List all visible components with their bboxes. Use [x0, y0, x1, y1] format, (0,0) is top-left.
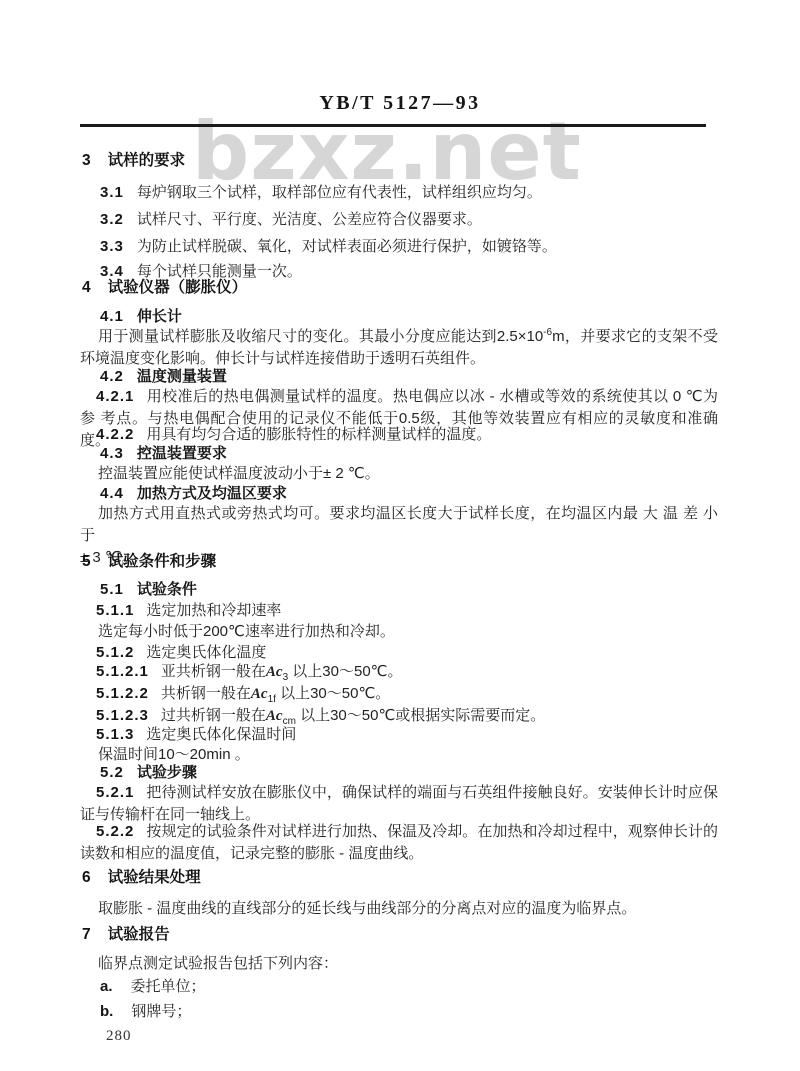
- clause-5-1-heading: 5.1试验条件: [80, 579, 718, 601]
- section-number: 7: [82, 926, 92, 943]
- section-number: 5: [82, 553, 92, 570]
- clause-4-3-heading: 4.3控温装置要求: [80, 443, 718, 465]
- clause-number: 3.3: [100, 238, 124, 255]
- report-item-b: b.钢牌号；: [80, 1001, 718, 1023]
- paragraph-7: 临界点测定试验报告包括下列内容：: [80, 953, 718, 975]
- section-number: 4: [82, 279, 92, 296]
- page-number: 280: [106, 1028, 132, 1045]
- superscript: -6: [543, 327, 552, 338]
- clause-number: 5.1.1: [96, 602, 134, 619]
- section-4-heading: 4试验仪器（膨胀仪）: [80, 277, 720, 299]
- clause-3-3: 3.3为防止试样脱碳、氧化，对试样表面必须进行保护，如镀铬等。: [80, 236, 718, 258]
- paragraph-5-1-1: 选定每小时低于200℃速率进行加热和冷却。: [80, 621, 718, 643]
- subscript: 1f: [268, 694, 276, 705]
- clause-text: 选定奥氏体化温度: [146, 644, 266, 661]
- section-title: 试验条件和步骤: [108, 553, 217, 570]
- section-number: 3: [82, 152, 92, 169]
- clause-5-1-1: 5.1.1选定加热和冷却速率: [80, 600, 718, 622]
- critical-point-symbol: Ac: [266, 708, 283, 724]
- clause-text: 按规定的试验条件对试样进行加热、保温及冷却。在加热和冷却过程中，观察伸长计的读数…: [80, 823, 718, 862]
- clause-title: 伸长计: [137, 308, 182, 325]
- clause-4-4-heading: 4.4加热方式及均温区要求: [80, 483, 718, 505]
- clause-4-1-heading: 4.1伸长计: [80, 306, 718, 328]
- paragraph-text: 保温时间10～20min 。: [98, 746, 250, 763]
- critical-point-symbol: Ac: [266, 664, 283, 680]
- section-7-heading: 7试验报告: [80, 924, 720, 946]
- clause-number: 4.4: [100, 485, 124, 502]
- clause-text: 共析钢一般在: [161, 685, 251, 702]
- paragraph-4-1: 用于测量试样膨胀及收缩尺寸的变化。其最小分度应能达到2.5×10-6m，并要求它…: [80, 326, 718, 370]
- paragraph-6: 取膨胀 - 温度曲线的直线部分的延长线与曲线部分的分离点对应的温度为临界点。: [80, 898, 718, 920]
- clause-5-2-2: 5.2.2按规定的试验条件对试样进行加热、保温及冷却。在加热和冷却过程中，观察伸…: [80, 821, 718, 865]
- list-marker: a.: [100, 978, 113, 995]
- document-body: 3试样的要求 3.1每炉钢取三个试样，取样部位应有代表性，试样组织应均匀。 3.…: [80, 0, 718, 1071]
- clause-5-2-1: 5.2.1把待测试样安放在膨胀仪中，确保试样的端面与石英组件接触良好。安装伸长计…: [80, 782, 718, 826]
- clause-3-1: 3.1每炉钢取三个试样，取样部位应有代表性，试样组织应均匀。: [80, 182, 718, 204]
- section-title: 试验仪器（膨胀仪）: [108, 279, 248, 296]
- clause-title: 温度测量装置: [137, 368, 227, 385]
- clause-4-2-heading: 4.2温度测量装置: [80, 366, 718, 388]
- paragraph-text: 用于测量试样膨胀及收缩尺寸的变化。其最小分度应能达到2.5×10: [98, 328, 543, 345]
- clause-title: 试验条件: [137, 581, 197, 598]
- clause-5-1-2-2: 5.1.2.2共析钢一般在Ac1f 以上30～50℃。: [80, 683, 718, 705]
- section-title: 试样的要求: [108, 152, 186, 169]
- clause-number: 3.2: [100, 211, 124, 228]
- paragraph-text: 控温装置应能使试样温度波动小于± 2 ℃。: [98, 465, 380, 482]
- clause-title: 加热方式及均温区要求: [137, 485, 287, 502]
- section-number: 6: [82, 869, 92, 886]
- clause-number: 4.2.1: [96, 388, 134, 405]
- critical-point-symbol: Ac: [251, 686, 268, 702]
- paragraph-text: 选定每小时低于200℃速率进行加热和冷却。: [98, 623, 395, 640]
- clause-text: 试样尺寸、平行度、光洁度、公差应符合仪器要求。: [137, 211, 482, 228]
- clause-text: 把待测试样安放在膨胀仪中，确保试样的端面与石英组件接触良好。安装伸长计时应保证与…: [80, 784, 718, 823]
- clause-number: 5.1.2.1: [96, 663, 149, 680]
- section-3-heading: 3试样的要求: [80, 150, 720, 172]
- clause-number: 5.1.3: [96, 726, 134, 743]
- clause-text: 选定加热和冷却速率: [146, 602, 281, 619]
- clause-text: 过共析钢一般在: [161, 707, 266, 724]
- paragraph-4-3: 控温装置应能使试样温度波动小于± 2 ℃。: [80, 463, 718, 485]
- clause-number: 5.1: [100, 581, 124, 598]
- clause-5-2-heading: 5.2试验步骤: [80, 762, 718, 784]
- clause-text: 亚共析钢一般在: [161, 663, 266, 680]
- list-item-text: 委托单位；: [131, 978, 206, 995]
- clause-number: 5.1.2: [96, 644, 134, 661]
- clause-number: 4.3: [100, 445, 124, 462]
- clause-5-1-3: 5.1.3选定奥氏体化保温时间: [80, 724, 718, 746]
- list-item-text: 钢牌号；: [131, 1003, 191, 1020]
- clause-text: 用具有均匀合适的膨胀特性的标样测量试样的温度。: [146, 426, 491, 443]
- document-page: bzxz.net YB/T 5127—93 3试样的要求 3.1每炉钢取三个试样…: [0, 0, 800, 1071]
- clause-text: 以上30～50℃或根据实际需要而定。: [296, 707, 545, 724]
- clause-text: 为防止试样脱碳、氧化，对试样表面必须进行保护，如镀铬等。: [137, 238, 557, 255]
- clause-number: 4.2: [100, 368, 124, 385]
- clause-number: 5.1.2.3: [96, 707, 149, 724]
- clause-number: 4.1: [100, 308, 124, 325]
- clause-text: 以上30～50℃。: [288, 663, 402, 680]
- clause-text: 选定奥氏体化保温时间: [146, 726, 296, 743]
- report-item-a: a.委托单位；: [80, 976, 718, 998]
- paragraph-text: 临界点测定试验报告包括下列内容：: [98, 955, 338, 972]
- clause-title: 控温装置要求: [137, 445, 227, 462]
- clause-text: 每炉钢取三个试样，取样部位应有代表性，试样组织应均匀。: [137, 184, 542, 201]
- section-title: 试验结果处理: [108, 869, 201, 886]
- clause-number: 5.2: [100, 764, 124, 781]
- clause-number: 5.1.2.2: [96, 685, 149, 702]
- section-5-heading: 5试验条件和步骤: [80, 551, 720, 573]
- clause-text: 以上30～50℃。: [276, 685, 390, 702]
- paragraph-text: 加热方式用直热式或旁热式均可。要求均温区长度大于试样长度，在均温区内最 大 温 …: [80, 505, 718, 544]
- clause-5-1-2-1: 5.1.2.1亚共析钢一般在Ac3 以上30～50℃。: [80, 661, 718, 683]
- clause-number: 5.2.1: [96, 784, 134, 801]
- clause-number: 5.2.2: [96, 823, 134, 840]
- clause-number: 3.1: [100, 184, 124, 201]
- section-title: 试验报告: [108, 926, 170, 943]
- clause-3-2: 3.2试样尺寸、平行度、光洁度、公差应符合仪器要求。: [80, 209, 718, 231]
- clause-number: 4.2.2: [96, 426, 134, 443]
- list-marker: b.: [100, 1003, 113, 1020]
- section-6-heading: 6试验结果处理: [80, 867, 720, 889]
- paragraph-text: 取膨胀 - 温度曲线的直线部分的延长线与曲线部分的分离点对应的温度为临界点。: [98, 900, 636, 917]
- clause-title: 试验步骤: [137, 764, 197, 781]
